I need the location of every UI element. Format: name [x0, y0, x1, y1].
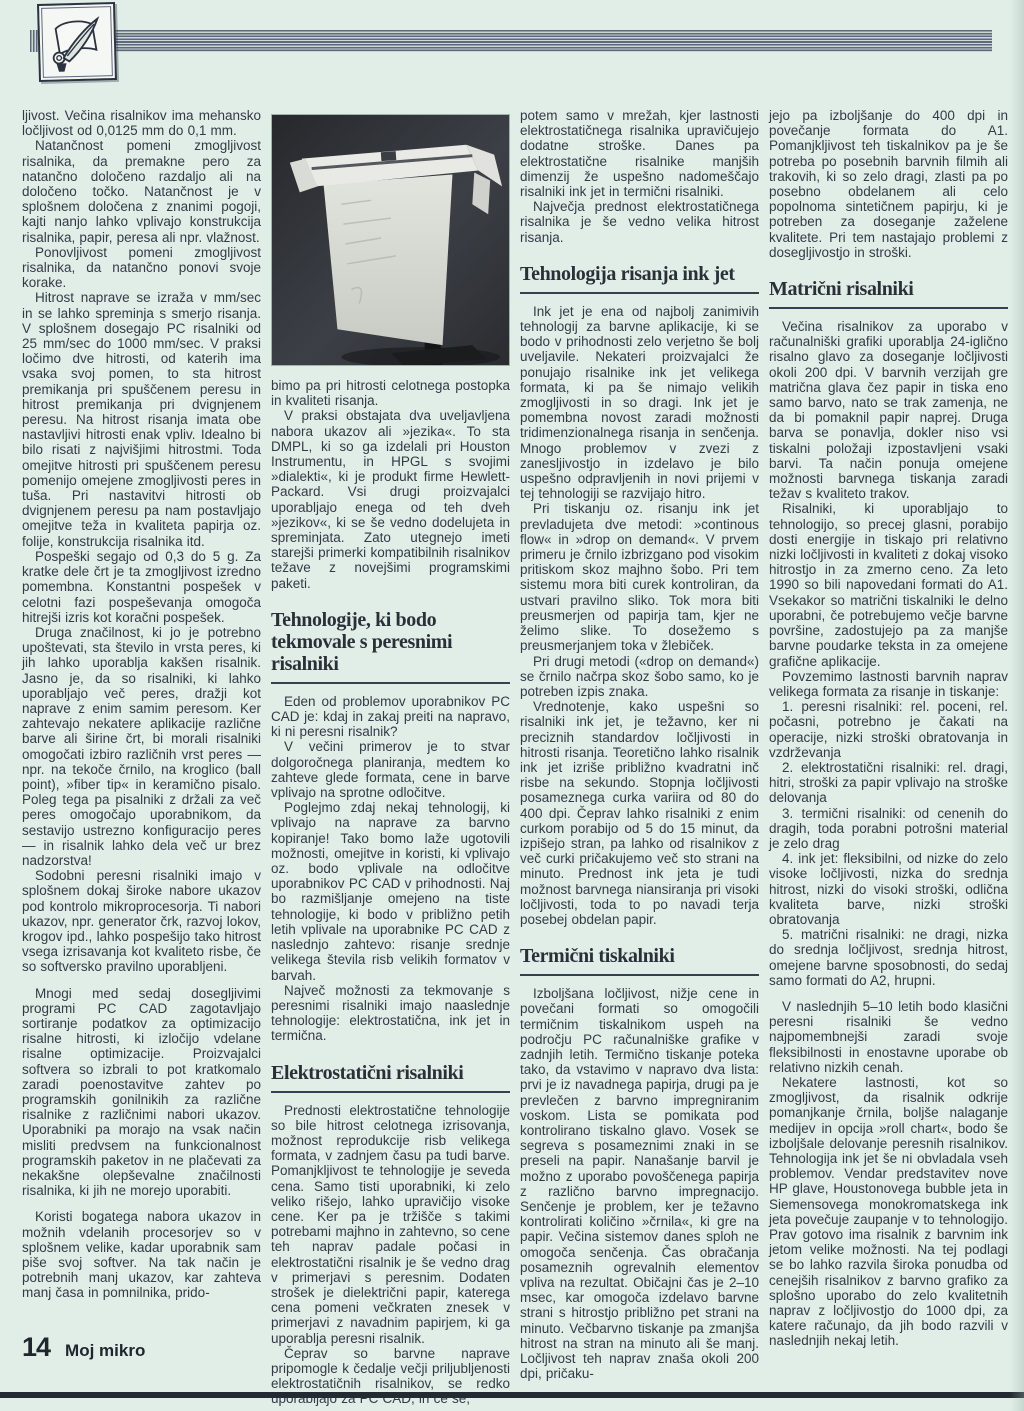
- heading-rule: [271, 1091, 510, 1093]
- section-heading: Elektrostatični risalniki: [271, 1062, 510, 1084]
- quill-scroll-icon: [37, 2, 117, 82]
- heading-rule: [769, 307, 1008, 309]
- body-paragraph: 5. matrični risalniki: ne dragi, nizka d…: [769, 927, 1008, 988]
- body-paragraph: Druga značilnost, ki jo je potrebno upoš…: [22, 625, 261, 868]
- heading-rule: [520, 292, 759, 294]
- body-paragraph: jejo pa izboljšanje do 400 dpi in poveča…: [769, 108, 1008, 260]
- body-paragraph: Nekatere lastnosti, kot so zmogljivost, …: [769, 1075, 1008, 1349]
- body-paragraph: V večini primerov je to stvar dolgoročne…: [271, 739, 510, 800]
- body-paragraph: Ink jet je ena od najbolj zanimivih tehn…: [520, 304, 759, 502]
- section-heading: Tehnologije, ki bodo tekmovale s peresni…: [271, 609, 510, 675]
- body-paragraph: Risalniki, ki uporabljajo to tehnologijo…: [769, 501, 1008, 668]
- body-paragraph: Večina risalnikov za uporabo v računalni…: [769, 319, 1008, 501]
- body-paragraph: Vrednotenje, kako uspešni so risalniki i…: [520, 699, 759, 927]
- plotter-photo: [271, 114, 510, 366]
- page-footer: 14 Moj mikro: [22, 1332, 145, 1363]
- body-paragraph: potem samo v mrežah, kjer lastnosti elek…: [520, 108, 759, 199]
- section-heading: Tehnologija risanja ink jet: [520, 263, 759, 285]
- body-paragraph: Mnogi med sedaj dosegljivimi programi PC…: [22, 986, 261, 1199]
- article-columns: ljivost. Večina risalnikov ima mehansko …: [22, 108, 1010, 1407]
- body-paragraph: V naslednjih 5–10 letih bodo klasični pe…: [769, 999, 1008, 1075]
- body-paragraph: Izboljšana ločljivost, nižje cene in pov…: [520, 986, 759, 1381]
- column-4: jejo pa izboljšanje do 400 dpi in poveča…: [769, 108, 1008, 1349]
- body-paragraph: V praksi obstajata dva uveljavljena nabo…: [271, 408, 510, 590]
- body-paragraph: Poglejmo zdaj nekaj tehnologij, ki vpliv…: [271, 800, 510, 982]
- magazine-name: Moj mikro: [65, 1341, 145, 1361]
- body-paragraph: Pri tiskanju oz. risanju ink jet prevlad…: [520, 501, 759, 653]
- body-paragraph: bimo pa pri hitrosti celotnega postopka …: [271, 378, 510, 408]
- body-paragraph: Hitrost naprave se izraža v mm/sec in se…: [22, 290, 261, 548]
- body-paragraph: Pospeški segajo od 0,3 do 5 g. Za kratke…: [22, 549, 261, 625]
- column-3: potem samo v mrežah, kjer lastnosti elek…: [520, 108, 759, 1381]
- body-paragraph: Sodobni peresni risalniki imajo v splošn…: [22, 868, 261, 974]
- body-paragraph: Prednosti elektrostatične tehnologije so…: [271, 1103, 510, 1346]
- column-2: bimo pa pri hitrosti celotnega postopka …: [271, 108, 510, 1407]
- body-paragraph: Največja prednost elektrostatičnega risa…: [520, 199, 759, 245]
- body-paragraph: 2. elektrostatični risalniki: rel. dragi…: [769, 760, 1008, 806]
- section-heading: Termični tiskalniki: [520, 945, 759, 967]
- heading-rule: [271, 682, 510, 684]
- body-paragraph: Največ možnosti za tekmovanje s peresnim…: [271, 983, 510, 1044]
- page-number: 14: [22, 1332, 50, 1363]
- body-paragraph: 4. ink jet: fleksibilni, od nizke do zel…: [769, 851, 1008, 927]
- body-paragraph: 1. peresni risalniki: rel. poceni, rel. …: [769, 699, 1008, 760]
- heading-rule: [520, 974, 759, 976]
- body-paragraph: ljivost. Večina risalnikov ima mehansko …: [22, 108, 261, 138]
- body-paragraph: Koristi bogatega nabora ukazov in možnih…: [22, 1209, 261, 1300]
- body-paragraph: Natančnost pomeni zmogljivost risalnika,…: [22, 138, 261, 244]
- body-paragraph: Pri drugi metodi («drop on demand«) se č…: [520, 654, 759, 700]
- column-1: ljivost. Večina risalnikov ima mehansko …: [22, 108, 261, 1301]
- body-paragraph: Eden od problemov uporabnikov PC CAD je:…: [271, 694, 510, 740]
- section-heading: Matrični risalniki: [769, 278, 1008, 300]
- stripe-band: [95, 30, 992, 52]
- body-paragraph: 3. termični risalniki: od cenenih do dra…: [769, 806, 1008, 852]
- bottom-rule: [0, 1392, 1024, 1398]
- body-paragraph: Ponovljivost pomeni zmogljivost risalnik…: [22, 245, 261, 291]
- page-edge-shadow: [1010, 0, 1024, 1411]
- body-paragraph: Povzemimo lastnosti barvnih naprav velik…: [769, 669, 1008, 699]
- magazine-page: ljivost. Večina risalnikov ima mehansko …: [0, 0, 1024, 1411]
